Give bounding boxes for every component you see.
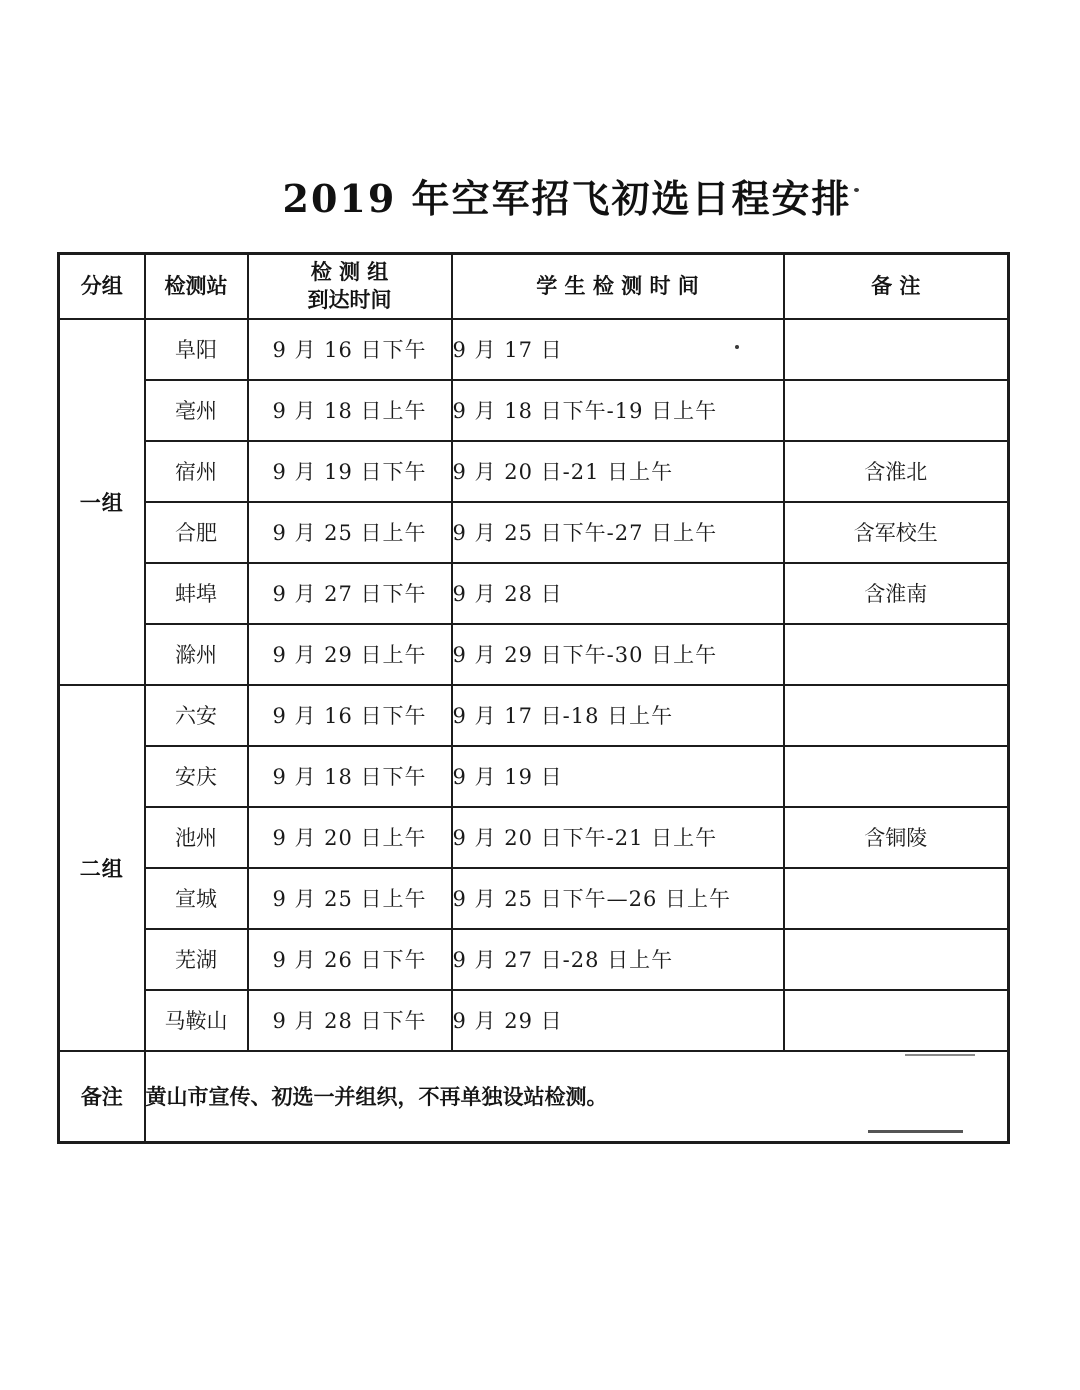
cell-arrival-time: 9 月 26 日下午: [248, 929, 452, 990]
cell-station: 安庆: [145, 746, 248, 807]
col-header-group: 分组: [59, 254, 145, 319]
table-row: 宿州 9 月 19 日下午 9 月 20 日-21 日上午 含淮北: [59, 441, 1009, 502]
footer-remark-label: 备注: [59, 1051, 145, 1143]
table-row: 池州 9 月 20 日上午 9 月 20 日下午-21 日上午 含铜陵: [59, 807, 1009, 868]
cell-station: 合肥: [145, 502, 248, 563]
table-row: 宣城 9 月 25 日上午 9 月 25 日下午—26 日上午: [59, 868, 1009, 929]
cell-remark: [784, 746, 1009, 807]
cell-remark: [784, 868, 1009, 929]
cell-station: 亳州: [145, 380, 248, 441]
cell-station: 蚌埠: [145, 563, 248, 624]
cell-test-time: 9 月 20 日-21 日上午: [452, 441, 784, 502]
document-title: 2019 年空军招飞初选日程安排: [27, 168, 1080, 223]
scanned-document-page: { "title": "2019 年空军招飞初选日程安排", "table": …: [0, 0, 1080, 1390]
cell-remark: [784, 990, 1009, 1051]
cell-arrival-time: 9 月 28 日下午: [248, 990, 452, 1051]
schedule-table: 分组 检测站 检 测 组 到达时间 学 生 检 测 时 间 备 注 一组 阜阳 …: [57, 252, 1010, 1144]
cell-test-time: 9 月 28 日: [452, 563, 784, 624]
cell-test-time: 9 月 18 日下午-19 日上午: [452, 380, 784, 441]
cell-arrival-time: 9 月 16 日下午: [248, 685, 452, 746]
cell-arrival-time: 9 月 18 日下午: [248, 746, 452, 807]
cell-arrival-time: 9 月 16 日下午: [248, 319, 452, 380]
footer-remark-row: 备注 黄山市宣传、初选一并组织，不再单独设站检测。: [59, 1051, 1009, 1143]
cell-station: 六安: [145, 685, 248, 746]
cell-test-time: 9 月 19 日: [452, 746, 784, 807]
col-header-arrival-time: 检 测 组 到达时间: [248, 254, 452, 319]
cell-station: 芜湖: [145, 929, 248, 990]
col-header-station: 检测站: [145, 254, 248, 319]
cell-arrival-time: 9 月 19 日下午: [248, 441, 452, 502]
header-row: 分组 检测站 检 测 组 到达时间 学 生 检 测 时 间 备 注: [59, 254, 1009, 319]
cell-station: 宿州: [145, 441, 248, 502]
cell-test-time: 9 月 29 日下午-30 日上午: [452, 624, 784, 685]
cell-remark: 含淮南: [784, 563, 1009, 624]
cell-arrival-time: 9 月 25 日上午: [248, 502, 452, 563]
cell-station: 阜阳: [145, 319, 248, 380]
cell-test-time: 9 月 17 日-18 日上午: [452, 685, 784, 746]
cell-remark: 含军校生: [784, 502, 1009, 563]
table-row: 蚌埠 9 月 27 日下午 9 月 28 日 含淮南: [59, 563, 1009, 624]
cell-remark: [784, 929, 1009, 990]
cell-test-time: 9 月 25 日下午—26 日上午: [452, 868, 784, 929]
table-row: 马鞍山 9 月 28 日下午 9 月 29 日: [59, 990, 1009, 1051]
cell-station: 马鞍山: [145, 990, 248, 1051]
cell-arrival-time: 9 月 18 日上午: [248, 380, 452, 441]
cell-station: 池州: [145, 807, 248, 868]
cell-remark: 含淮北: [784, 441, 1009, 502]
cell-arrival-time: 9 月 25 日上午: [248, 868, 452, 929]
cell-remark: [784, 624, 1009, 685]
cell-remark: 含铜陵: [784, 807, 1009, 868]
cell-remark: [784, 319, 1009, 380]
cell-test-time: 9 月 25 日下午-27 日上午: [452, 502, 784, 563]
group-label-2: 二组: [59, 685, 145, 1051]
table-row: 一组 阜阳 9 月 16 日下午 9 月 17 日: [59, 319, 1009, 380]
cell-arrival-time: 9 月 20 日上午: [248, 807, 452, 868]
table-row: 芜湖 9 月 26 日下午 9 月 27 日-28 日上午: [59, 929, 1009, 990]
col-header-remarks: 备 注: [784, 254, 1009, 319]
footer-remark-text: 黄山市宣传、初选一并组织，不再单独设站检测。: [145, 1051, 1009, 1143]
table-row: 安庆 9 月 18 日下午 9 月 19 日: [59, 746, 1009, 807]
table-row: 二组 六安 9 月 16 日下午 9 月 17 日-18 日上午: [59, 685, 1009, 746]
cell-remark: [784, 685, 1009, 746]
cell-remark: [784, 380, 1009, 441]
cell-test-time: 9 月 17 日: [452, 319, 784, 380]
table-row: 滁州 9 月 29 日上午 9 月 29 日下午-30 日上午: [59, 624, 1009, 685]
table-row: 合肥 9 月 25 日上午 9 月 25 日下午-27 日上午 含军校生: [59, 502, 1009, 563]
cell-test-time: 9 月 29 日: [452, 990, 784, 1051]
cell-test-time: 9 月 20 日下午-21 日上午: [452, 807, 784, 868]
group-label-1: 一组: [59, 319, 145, 685]
cell-station: 宣城: [145, 868, 248, 929]
col-header-student-test-time: 学 生 检 测 时 间: [452, 254, 784, 319]
cell-arrival-time: 9 月 29 日上午: [248, 624, 452, 685]
table-row: 亳州 9 月 18 日上午 9 月 18 日下午-19 日上午: [59, 380, 1009, 441]
cell-arrival-time: 9 月 27 日下午: [248, 563, 452, 624]
cell-test-time: 9 月 27 日-28 日上午: [452, 929, 784, 990]
cell-station: 滁州: [145, 624, 248, 685]
